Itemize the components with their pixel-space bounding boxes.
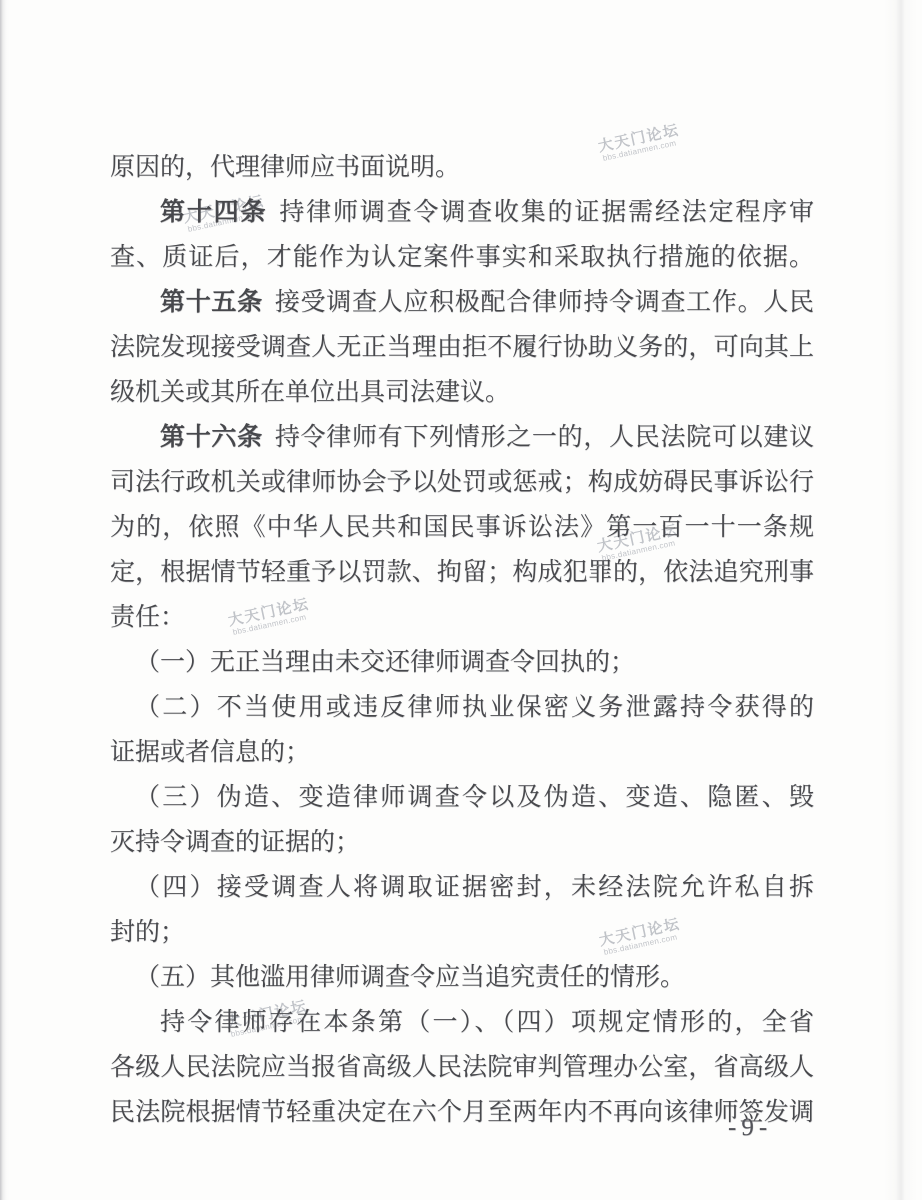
line-text: 司法行政机关或律师协会予以处罚或惩戒；构成妨碍民事诉讼行 — [110, 469, 814, 496]
line-text: （二）不当使用或违反律师执业保密义务泄露持令获得的 — [135, 694, 814, 721]
text-line: 定，根据情节轻重予以罚款、拘留；构成犯罪的，依法追究刑事 — [110, 550, 814, 595]
text-line: 第十五条接受调查人应积极配合律师持令调查工作。人民 — [110, 280, 814, 325]
line-text: 级机关或其所在单位出具司法建议。 — [110, 379, 510, 406]
document-text: 原因的，代理律师应书面说明。第十四条持律师调查令调查收集的证据需经法定程序审查、… — [110, 145, 814, 1135]
page-scan-crease — [884, 0, 918, 1200]
line-text: 证据或者信息的； — [110, 739, 310, 766]
line-text: （四）接受调查人将调取证据密封，未经法院允许私自拆 — [135, 874, 814, 901]
line-text: 封的； — [110, 919, 185, 946]
text-line: 司法行政机关或律师协会予以处罚或惩戒；构成妨碍民事诉讼行 — [110, 460, 814, 505]
line-text: 持令律师存在本条第（一）、（四）项规定情形的，全省 — [160, 1009, 814, 1036]
line-text: （一）无正当理由未交还律师调查令回执的； — [135, 649, 635, 676]
scanned-page: 大天门论坛 bbs.datianmen.com 大天门论坛 bbs.datian… — [0, 0, 922, 1200]
page-number: -9- — [728, 1114, 772, 1142]
line-text: （五）其他滥用律师调查令应当追究责任的情形。 — [135, 964, 685, 991]
line-text: 民法院根据情节轻重决定在六个月至两年内不再向该律师签发调 — [110, 1099, 814, 1126]
line-text: 法院发现接受调查人无正当理由拒不履行协助义务的，可向其上 — [110, 334, 814, 361]
line-text: 持令律师有下列情形之一的，人民法院可以建议 — [275, 424, 814, 451]
text-line: 第十六条持令律师有下列情形之一的，人民法院可以建议 — [110, 415, 814, 460]
line-text: 持律师调查令调查收集的证据需经法定程序审 — [279, 199, 814, 226]
text-line: （一）无正当理由未交还律师调查令回执的； — [110, 640, 814, 685]
line-text: 定，根据情节轻重予以罚款、拘留；构成犯罪的，依法追究刑事 — [110, 559, 814, 586]
line-text: 灭持令调查的证据的； — [110, 829, 360, 856]
text-line: 第十四条持律师调查令调查收集的证据需经法定程序审 — [110, 190, 814, 235]
article-number: 第十六条 — [160, 424, 263, 451]
line-text: 查、质证后，才能作为认定案件事实和采取执行措施的依据。 — [110, 244, 814, 271]
text-line: 证据或者信息的； — [110, 730, 814, 775]
text-line: 原因的，代理律师应书面说明。 — [110, 145, 814, 190]
line-text: 责任： — [110, 604, 185, 631]
text-line: 民法院根据情节轻重决定在六个月至两年内不再向该律师签发调 — [110, 1090, 814, 1135]
line-text: （三）伪造、变造律师调查令以及伪造、变造、隐匿、毁 — [135, 784, 814, 811]
line-text: 各级人民法院应当报省高级人民法院审判管理办公室，省高级人 — [110, 1054, 814, 1081]
text-line: 为的，依照《中华人民共和国民事诉讼法》第一百一十一条规 — [110, 505, 814, 550]
line-text: 原因的，代理律师应书面说明。 — [110, 154, 460, 181]
text-line: （三）伪造、变造律师调查令以及伪造、变造、隐匿、毁 — [110, 775, 814, 820]
article-number: 第十五条 — [160, 289, 263, 316]
article-number: 第十四条 — [160, 199, 267, 226]
text-line: 法院发现接受调查人无正当理由拒不履行协助义务的，可向其上 — [110, 325, 814, 370]
text-line: 持令律师存在本条第（一）、（四）项规定情形的，全省 — [110, 1000, 814, 1045]
text-line: 级机关或其所在单位出具司法建议。 — [110, 370, 814, 415]
text-line: （二）不当使用或违反律师执业保密义务泄露持令获得的 — [110, 685, 814, 730]
page-edge-left — [0, 0, 9, 1200]
text-line: 灭持令调查的证据的； — [110, 820, 814, 865]
text-line: （四）接受调查人将调取证据密封，未经法院允许私自拆 — [110, 865, 814, 910]
line-text: 接受调查人应积极配合律师持令调查工作。人民 — [275, 289, 814, 316]
text-line: 查、质证后，才能作为认定案件事实和采取执行措施的依据。 — [110, 235, 814, 280]
text-line: 责任： — [110, 595, 814, 640]
text-line: 封的； — [110, 910, 814, 955]
text-line: （五）其他滥用律师调查令应当追究责任的情形。 — [110, 955, 814, 1000]
text-line: 各级人民法院应当报省高级人民法院审判管理办公室，省高级人 — [110, 1045, 814, 1090]
line-text: 为的，依照《中华人民共和国民事诉讼法》第一百一十一条规 — [110, 514, 814, 541]
